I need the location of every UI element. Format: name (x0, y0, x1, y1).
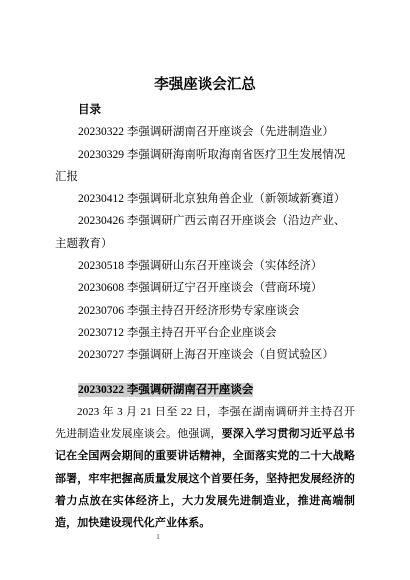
toc-entry: 20230706 李强主持召开经济形势专家座谈会 (55, 300, 355, 322)
toc-entry: 20230518 李强调研山东召开座谈会（实体经济） (55, 255, 355, 277)
article-section: 20230322 李强调研湖南召开座谈会 2023 年 3 月 21 日至 22… (55, 379, 355, 535)
page-content: 李强座谈会汇总 目录 20230322 李强调研湖南召开座谈会（先进制造业） 2… (55, 0, 355, 535)
toc-entry: 20230608 李强调研辽宁召开座谈会（营商环境） (55, 277, 355, 299)
toc-entry: 20230329 李强调研海南听取海南省医疗卫生发展情况汇报 (55, 144, 355, 189)
document-title: 李强座谈会汇总 (55, 74, 355, 96)
toc-entry: 20230322 李强调研湖南召开座谈会（先进制造业） (55, 121, 355, 143)
section-heading-text: 20230322 李强调研湖南召开座谈会 (78, 383, 253, 397)
paragraph-bold-text: 要深入学习贯彻习近平总书记在全国两会期间的重要讲话精神，全面落实党的二十大战略部… (55, 428, 355, 529)
page-number: 1 (151, 532, 165, 542)
document-page: 李强座谈会汇总 目录 20230322 李强调研湖南召开座谈会（先进制造业） 2… (0, 0, 410, 580)
toc-entry: 20230412 李强调研北京独角兽企业（新领域新赛道） (55, 188, 355, 210)
section-heading: 20230322 李强调研湖南召开座谈会 (55, 379, 355, 401)
toc-entry: 20230727 李强调研上海召开座谈会（自贸试验区） (55, 344, 355, 366)
toc-entry: 20230712 李强主持召开平台企业座谈会 (55, 322, 355, 344)
toc-entry: 20230426 李强调研广西云南召开座谈会（沿边产业、主题教育） (55, 210, 355, 255)
body-paragraph: 2023 年 3 月 21 日至 22 日，李强在湖南调研并主持召开先进制造业发… (55, 401, 355, 535)
table-of-contents: 目录 20230322 李强调研湖南召开座谈会（先进制造业） 20230329 … (55, 99, 355, 367)
toc-heading: 目录 (55, 99, 355, 121)
